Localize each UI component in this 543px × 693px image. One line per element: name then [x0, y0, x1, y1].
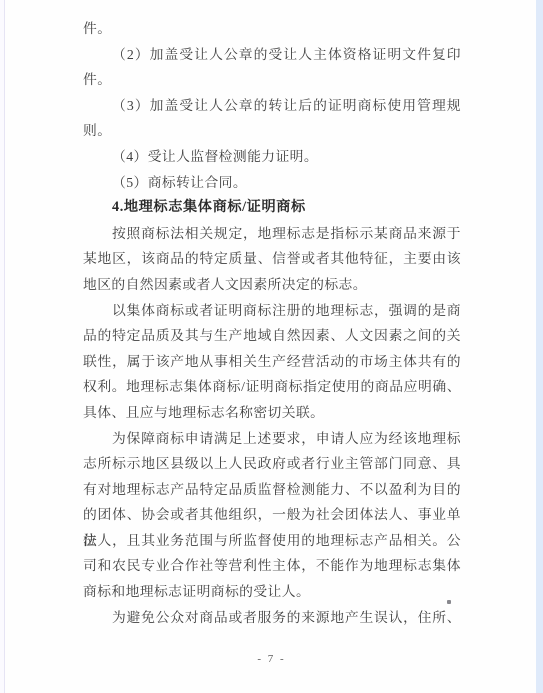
page-content: 件。（2）加盖受让人公章的受让人主体资格证明文件复印件。（3）加盖受让人公章的转…	[83, 16, 461, 630]
text-line: 则。	[83, 118, 461, 144]
text-line: 件。	[83, 67, 461, 93]
text-line: （4）受让人监督检测能力证明。	[83, 144, 461, 170]
page-left-edge	[0, 0, 5, 693]
text-line: 的团体、协会或者其他组织，一般为社会团体法人、事业单位	[83, 502, 461, 528]
text-line: 权利。地理标志集体商标/证明商标指定使用的商品应明确、	[83, 374, 461, 400]
text-line: 为保障商标申请满足上述要求，申请人应为经该地理标	[83, 426, 461, 452]
text-line: 为避免公众对商品或者服务的来源地产生误认，住所、	[83, 605, 461, 631]
text-line: （3）加盖受让人公章的转让后的证明商标使用管理规	[83, 93, 461, 119]
text-line: （2）加盖受让人公章的受让人主体资格证明文件复印	[83, 42, 461, 68]
page-number: - 7 -	[0, 653, 543, 665]
text-line: 联性，属于该产地从事相关生产经营活动的市场主体共有的	[83, 349, 461, 375]
text-line: 志所标示地区县级以上人民政府或者行业主管部门同意、具	[83, 451, 461, 477]
text-line: 某地区，该商品的特定质量、信誉或者其他特征，主要由该	[83, 246, 461, 272]
text-line: 以集体商标或者证明商标注册的地理标志，强调的是商	[83, 298, 461, 324]
text-line: 地区的自然因素或者人文因素所决定的标志。	[83, 272, 461, 298]
text-line: 司和农民专业合作社等营利性主体，不能作为地理标志集体	[83, 553, 461, 579]
text-line: 商标和地理标志证明商标的受让人。	[83, 579, 461, 605]
text-line: 件。	[83, 16, 461, 42]
text-line: 有对地理标志产品特定品质监督检测能力、不以盈利为目的	[83, 477, 461, 503]
text-line: 按照商标法相关规定，地理标志是指标示某商品来源于	[83, 221, 461, 247]
text-line: （5）商标转让合同。	[83, 170, 461, 196]
section-heading: 4.地理标志集体商标/证明商标	[83, 195, 461, 221]
text-line: 品的特定品质及其与生产地域自然因素、人文因素之间的关	[83, 323, 461, 349]
scan-artifact	[447, 600, 451, 604]
text-line: 法人，且其业务范围与所监督使用的地理标志产品相关。公	[83, 528, 461, 554]
text-line: 具体、且应与地理标志名称密切关联。	[83, 400, 461, 426]
page-right-edge	[536, 0, 543, 693]
document-page: 件。（2）加盖受让人公章的受让人主体资格证明文件复印件。（3）加盖受让人公章的转…	[0, 0, 543, 693]
